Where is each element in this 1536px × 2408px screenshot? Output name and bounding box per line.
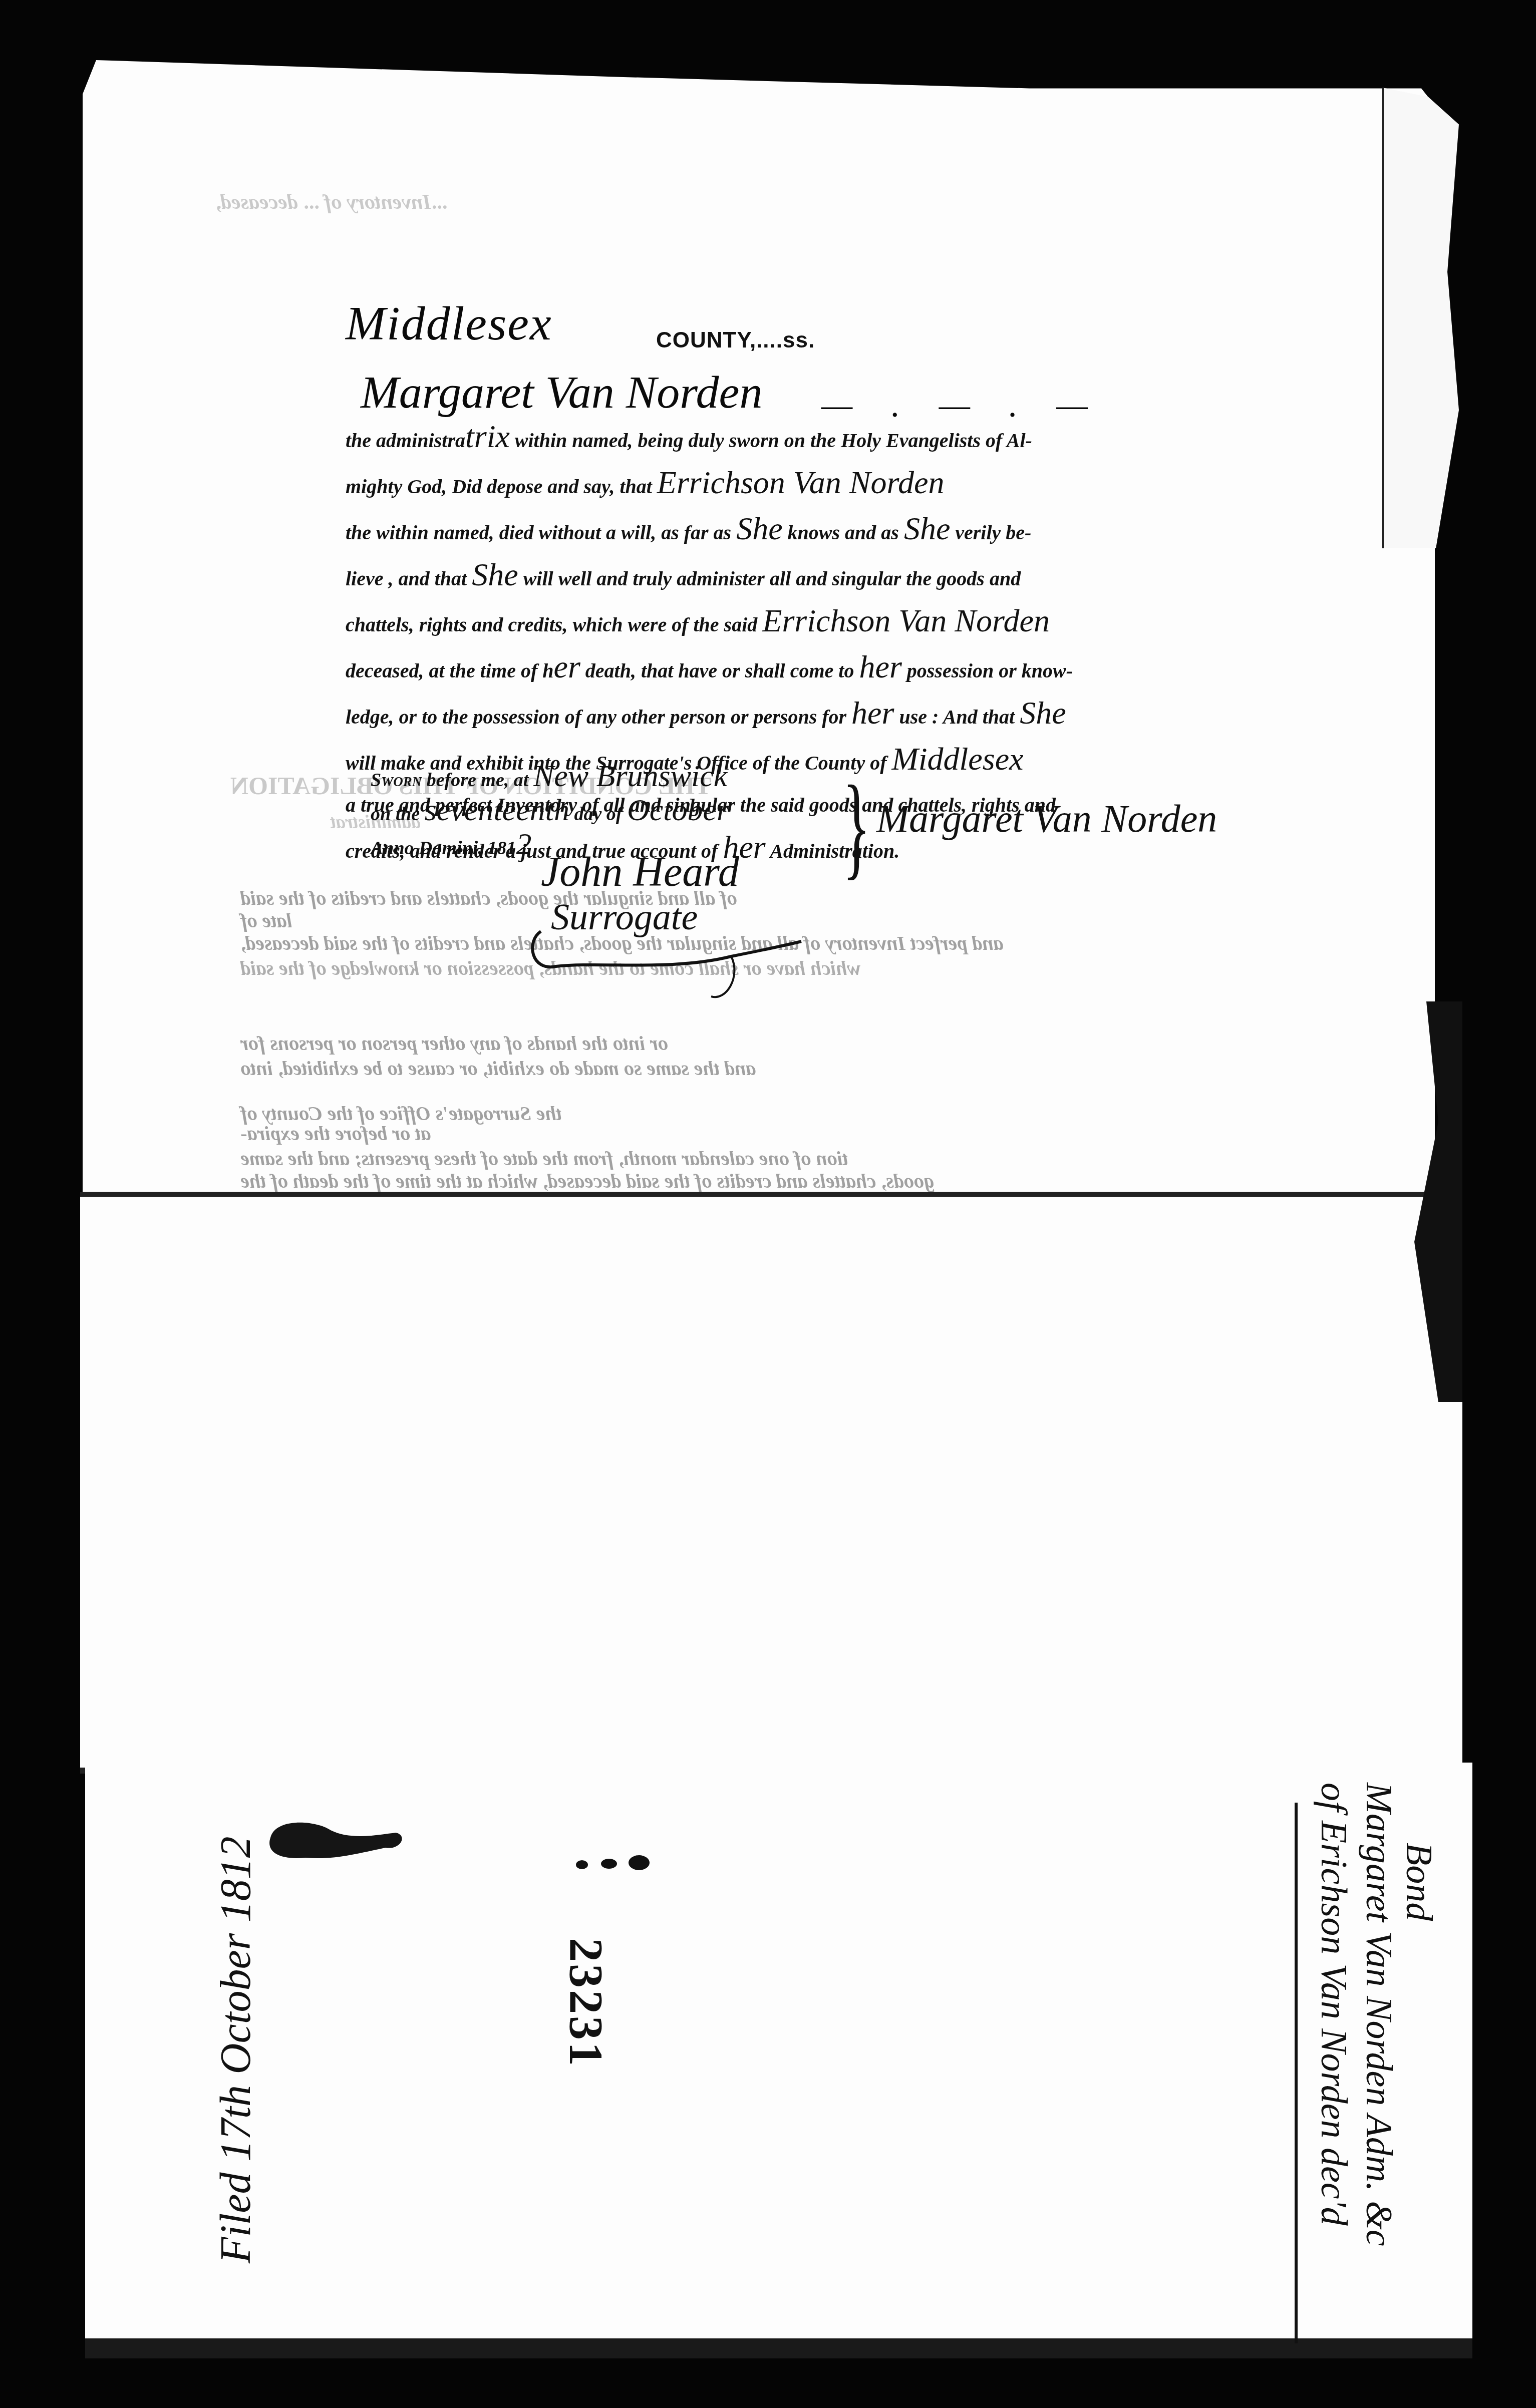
signature-flourish	[521, 911, 821, 1011]
bleed-through-line: at or before the expira-	[240, 1122, 431, 1145]
ink-spot	[629, 1855, 650, 1870]
decedent-name-handwritten: Errichson Van Norden	[657, 465, 945, 500]
deponent-name-handwritten: Margaret Van Norden	[361, 366, 762, 419]
handwritten-fill: She	[1020, 695, 1066, 731]
county-handwritten: Middlesex	[891, 741, 1023, 777]
bond-line-2: of Erichson Van Norden dec'd	[1312, 1783, 1355, 2226]
bond-line-1: Margaret Van Norden Adm. &c	[1357, 1783, 1400, 2246]
handwritten-fill: her	[851, 695, 894, 731]
ink-spot	[576, 1860, 588, 1869]
oath-line-1: the administratrix within named, being d…	[346, 416, 1227, 462]
oath-line-4: lieve , and that She will well and truly…	[346, 554, 1227, 600]
ink-spot	[601, 1859, 617, 1869]
bleed-through-line: goods, chattels and credits of the said …	[240, 1169, 934, 1193]
handwritten-fill: trix	[465, 419, 510, 454]
bleed-through-line: and the same so made do exhibit, or caus…	[240, 1057, 756, 1080]
brace-glyph: }	[843, 769, 870, 884]
oath-line-3: the within named, died without a will, a…	[346, 508, 1227, 554]
bond-title: Bond	[1397, 1843, 1440, 1921]
oath-line-5: chattels, rights and credits, which were…	[346, 600, 1227, 646]
decedent-name-handwritten: Errichson Van Norden	[762, 603, 1050, 638]
ink-blot	[260, 1813, 411, 1868]
month-handwritten: October	[627, 793, 729, 827]
bleed-through-line: ...Inventory of ... deceased,	[215, 190, 447, 214]
bleed-through-line: or into the hands of any other person or…	[240, 1031, 668, 1055]
oath-line-2: mighty God, Did depose and say, that Err…	[346, 462, 1227, 508]
county-label: COUNTY,....ss.	[656, 328, 815, 353]
middle-page-panel	[80, 1192, 1462, 1774]
jurat-line-2: on the seventeenth day of October	[371, 795, 729, 829]
day-handwritten: seventeenth	[425, 793, 569, 827]
record-number: 23231	[558, 1938, 614, 2068]
deponent-signature: Margaret Van Norden	[876, 796, 1217, 841]
handwritten-fill: She	[904, 511, 950, 546]
handwritten-fill: She	[472, 557, 518, 592]
year-digit-handwritten: 2	[516, 827, 531, 861]
surrogate-signature: John Heard	[541, 851, 739, 893]
county-name-handwritten: Middlesex	[346, 295, 552, 351]
oath-line-6: deceased, at the time of her death, that…	[346, 646, 1227, 692]
jurat-block: Sworn before me, at New Brunswick on the…	[371, 761, 729, 863]
handwritten-fill: er	[553, 649, 580, 684]
filed-note-handwritten: Filed 17th October 1812	[210, 1783, 260, 2263]
bond-docket: Bond Margaret Van Norden Adm. &c of Eric…	[1282, 1783, 1462, 2333]
oath-line-7: ledge, or to the possession of any other…	[346, 692, 1227, 738]
handwritten-fill: She	[736, 511, 782, 546]
jurat-line-1: Sworn before me, at New Brunswick	[371, 761, 729, 795]
handwritten-fill: her	[859, 649, 901, 684]
place-handwritten: New Brunswick	[533, 759, 727, 793]
bleed-through-line: late of	[240, 909, 292, 932]
bleed-through-line: tion of one calendar month, from the dat…	[240, 1147, 848, 1170]
